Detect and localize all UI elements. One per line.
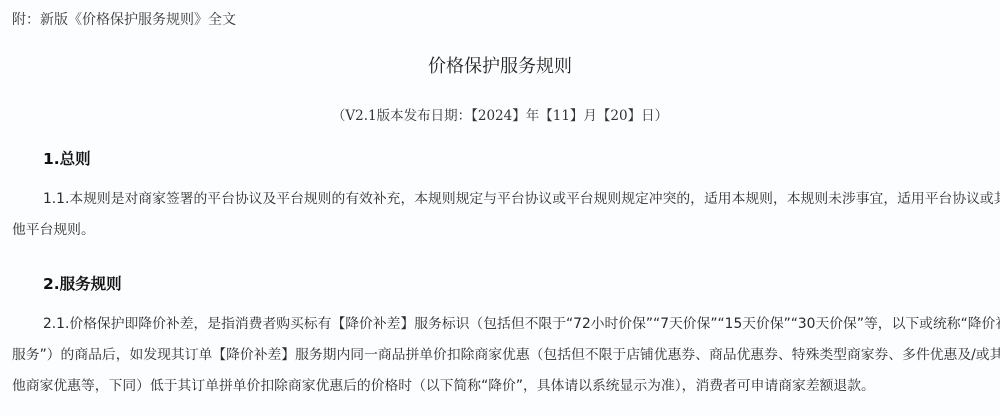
paragraph-line: 他平台规则。 — [12, 215, 1000, 246]
section-heading-service-rules: 2.服务规则 — [43, 272, 122, 294]
release-date-info: （V2.1版本发布日期：【2024】年【11】月【20】日） — [0, 104, 1000, 124]
section-heading-general: 1.总则 — [43, 147, 91, 169]
paragraph-line: 服务”）的商品后，如发现其订单【降价补差】服务期内同一商品拼单价扣除商家优惠（包… — [12, 340, 1000, 371]
paragraph-line: 2.1.价格保护即降价补差，是指消费者购买标有【降价补差】服务标识（包括但不限于… — [12, 309, 1000, 340]
document-title: 价格保护服务规则 — [0, 52, 1000, 78]
attachment-note: 附：新版《价格保护服务规则》全文 — [12, 9, 236, 29]
paragraph-2-1: 2.1.价格保护即降价补差，是指消费者购买标有【降价补差】服务标识（包括但不限于… — [12, 309, 1000, 402]
paragraph-1-1: 1.1.本规则是对商家签署的平台协议及平台规则的有效补充，本规则规定与平台协议或… — [12, 184, 1000, 246]
paragraph-line: 1.1.本规则是对商家签署的平台协议及平台规则的有效补充，本规则规定与平台协议或… — [12, 184, 1000, 215]
paragraph-line: 他商家优惠等，下同）低于其订单拼单价扣除商家优惠后的价格时（以下简称“降价”，具… — [12, 371, 1000, 402]
